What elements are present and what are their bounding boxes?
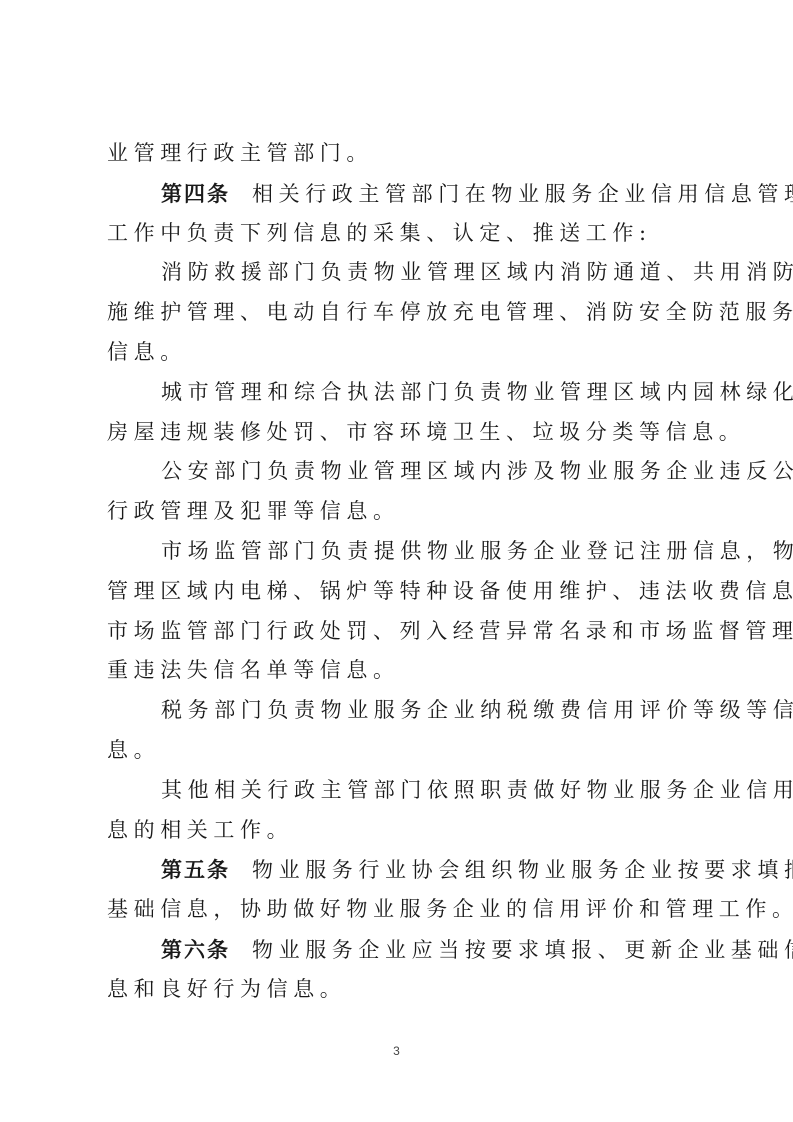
line-text: 相关行政主管部门在物业服务企业信用信息管理 <box>252 182 793 206</box>
line-text: 施维护管理、电动自行车停放充电管理、消防安全防范服务等 <box>107 300 793 324</box>
text-line: 业管理行政主管部门。 <box>107 134 695 174</box>
line-text: 基础信息，协助做好物业服务企业的信用评价和管理工作。 <box>107 897 793 921</box>
text-line: 城市管理和综合执法部门负责物业管理区域内园林绿化、 <box>107 373 695 413</box>
text-line: 重违法失信名单等信息。 <box>107 651 695 691</box>
text-line: 其他相关行政主管部门依照职责做好物业服务企业信用信 <box>107 771 695 811</box>
text-line: 施维护管理、电动自行车停放充电管理、消防安全防范服务等 <box>107 293 695 333</box>
line-text: 其他相关行政主管部门依照职责做好物业服务企业信用信 <box>161 778 793 802</box>
text-line: 公安部门负责物业管理区域内涉及物业服务企业违反公安 <box>107 452 695 492</box>
page-number: 3 <box>0 1044 793 1058</box>
line-text: 税务部门负责物业服务企业纳税缴费信用评价等级等信 <box>161 698 793 722</box>
line-text: 物业服务企业应当按要求填报、更新企业基础信 <box>252 938 793 962</box>
article-6-line: 第六条物业服务企业应当按要求填报、更新企业基础信 <box>107 930 695 970</box>
line-text: 息和良好行为信息。 <box>107 977 346 1001</box>
text-line: 消防救援部门负责物业管理区域内消防通道、共用消防设 <box>107 253 695 293</box>
text-line: 房屋违规装修处罚、市容环境卫生、垃圾分类等信息。 <box>107 413 695 453</box>
text-line: 市场监管部门负责提供物业服务企业登记注册信息，物业 <box>107 532 695 572</box>
text-line: 息和良好行为信息。 <box>107 970 695 1010</box>
line-text: 工作中负责下列信息的采集、认定、推送工作: <box>107 221 652 245</box>
text-line: 行政管理及犯罪等信息。 <box>107 492 695 532</box>
text-line: 息的相关工作。 <box>107 811 695 851</box>
line-text: 物业服务行业协会组织物业服务企业按要求填报 <box>252 858 793 882</box>
text-line: 基础信息，协助做好物业服务企业的信用评价和管理工作。 <box>107 890 695 930</box>
line-text: 行政管理及犯罪等信息。 <box>107 499 400 523</box>
text-line: 市场监管部门行政处罚、列入经营异常名录和市场监督管理严 <box>107 612 695 652</box>
line-text: 息的相关工作。 <box>107 818 293 842</box>
line-text: 消防救援部门负责物业管理区域内消防通道、共用消防设 <box>161 260 793 284</box>
line-text: 公安部门负责物业管理区域内涉及物业服务企业违反公安 <box>161 459 793 483</box>
line-text: 市场监管部门负责提供物业服务企业登记注册信息，物业 <box>161 539 793 563</box>
line-text: 管理区域内电梯、锅炉等特种设备使用维护、违法收费信息， <box>107 579 793 603</box>
line-text: 城市管理和综合执法部门负责物业管理区域内园林绿化、 <box>161 380 793 404</box>
article-4-line: 第四条相关行政主管部门在物业服务企业信用信息管理 <box>107 174 695 214</box>
line-text: 市场监管部门行政处罚、列入经营异常名录和市场监督管理严 <box>107 619 793 643</box>
article-heading: 第六条 <box>161 937 230 962</box>
text-line: 息。 <box>107 731 695 771</box>
line-text: 业管理行政主管部门。 <box>107 141 373 165</box>
body-text: 业管理行政主管部门。 第四条相关行政主管部门在物业服务企业信用信息管理 工作中负… <box>107 134 695 1010</box>
text-line: 信息。 <box>107 333 695 373</box>
article-5-line: 第五条物业服务行业协会组织物业服务企业按要求填报 <box>107 850 695 890</box>
article-heading: 第五条 <box>161 857 230 882</box>
text-line: 管理区域内电梯、锅炉等特种设备使用维护、违法收费信息， <box>107 572 695 612</box>
line-text: 重违法失信名单等信息。 <box>107 658 400 682</box>
document-page: 业管理行政主管部门。 第四条相关行政主管部门在物业服务企业信用信息管理 工作中负… <box>0 0 793 1122</box>
line-text: 信息。 <box>107 340 187 364</box>
text-line: 税务部门负责物业服务企业纳税缴费信用评价等级等信 <box>107 691 695 731</box>
line-text: 息。 <box>107 738 160 762</box>
line-text: 房屋违规装修处罚、市容环境卫生、垃圾分类等信息。 <box>107 420 745 444</box>
text-line: 工作中负责下列信息的采集、认定、推送工作: <box>107 214 695 254</box>
article-heading: 第四条 <box>161 181 230 206</box>
